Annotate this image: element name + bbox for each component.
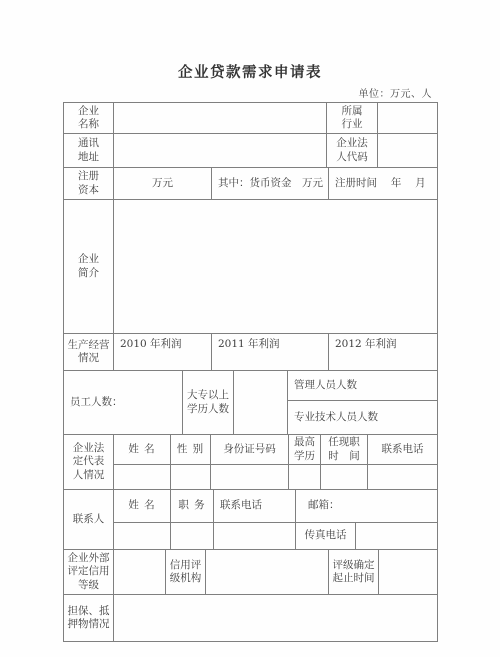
contact-header-subrow: 姓 名 职 务 联系电话 邮箱： — [114, 490, 437, 523]
capital-unit-cell: 万元 — [114, 168, 212, 199]
rep-gender-header: 性 别 — [171, 435, 211, 464]
profit-2011-cell: 2011 年利润 — [212, 334, 329, 370]
legal-rep-grid: 姓 名 性 别 身份证号码 最高 学历 任现职 时 间 联系电话 — [114, 435, 437, 489]
industry-label: 所属 行业 — [327, 103, 378, 133]
collateral-label: 担保、抵 押物情况 — [64, 595, 114, 641]
contact-phone-field — [214, 523, 296, 549]
managers-subrow: 管理人员人数 — [288, 371, 437, 401]
college-degree-field — [234, 371, 288, 434]
industry-field — [378, 103, 437, 133]
technicians-subrow: 专业技术人员人数 — [288, 401, 437, 434]
contact-email-cell: 邮箱： — [296, 490, 437, 522]
address-label: 通讯 地址 — [64, 134, 114, 167]
company-name-row: 企业 名称 所属 行业 — [64, 103, 437, 134]
legal-code-label: 企业法 人代码 — [327, 134, 378, 167]
profit-2010-cell: 2010 年利润 — [114, 334, 212, 370]
form-title: 企业贷款需求申请表 — [0, 61, 500, 82]
legal-rep-label: 企业法 定代表 人情况 — [64, 435, 114, 489]
contact-phone-header: 联系电话 — [214, 490, 296, 522]
collateral-row: 担保、抵 押物情况 — [64, 595, 437, 641]
legal-rep-value-subrow — [114, 465, 437, 489]
legal-code-field — [378, 134, 437, 167]
contact-label: 联系人 — [64, 490, 114, 549]
contact-value-subrow: 传真电话 — [114, 523, 437, 549]
contact-name-field — [114, 523, 171, 549]
profit-2012-cell: 2012 年利润 — [329, 334, 437, 370]
loan-application-form-page: 企业贷款需求申请表 单位：万元、人 企业 名称 所属 行业 通讯 地址 企业法 … — [0, 0, 500, 657]
address-field — [114, 134, 327, 167]
rep-id-field — [211, 465, 289, 489]
operation-row: 生产经营 情况 2010 年利润 2011 年利润 2012 年利润 — [64, 334, 437, 371]
collateral-field — [114, 595, 437, 641]
staff-count-label: 员工人数： — [64, 371, 183, 434]
capital-monetary-cell: 其中：货币资金 万元 — [212, 168, 329, 199]
managers-cell: 管理人员人数 — [288, 371, 437, 400]
rep-tenure-field — [321, 465, 368, 489]
capital-regtime-cell: 注册时间 年 月 — [329, 168, 437, 199]
rep-name-field — [114, 465, 171, 489]
personnel-stack: 管理人员人数 专业技术人员人数 — [288, 371, 437, 434]
credit-row: 企业外部 评定信用 等级 信用评 级机构 评级确定 起止时间 — [64, 550, 437, 595]
application-table: 企业 名称 所属 行业 通讯 地址 企业法 人代码 注册 资本 万元 其中：货币… — [63, 102, 438, 642]
credit-agency-field — [206, 550, 329, 594]
rep-phone-field — [368, 465, 437, 489]
credit-agency-label: 信用评 级机构 — [166, 550, 206, 594]
credit-label: 企业外部 评定信用 等级 — [64, 550, 114, 594]
rep-tenure-header: 任现职 时 间 — [321, 435, 368, 464]
capital-label: 注册 资本 — [64, 168, 114, 199]
college-degree-label: 大专以上 学历人数 — [183, 371, 234, 434]
fax-field — [356, 523, 437, 549]
staff-row: 员工人数： 大专以上 学历人数 管理人员人数 专业技术人员人数 — [64, 371, 437, 435]
contact-name-header: 姓 名 — [114, 490, 171, 522]
rep-id-header: 身份证号码 — [211, 435, 289, 464]
rep-phone-header: 联系电话 — [368, 435, 437, 464]
profile-field — [114, 200, 437, 333]
capital-row: 注册 资本 万元 其中：货币资金 万元 注册时间 年 月 — [64, 168, 437, 200]
credit-period-label: 评级确定 起止时间 — [329, 550, 379, 594]
rep-name-header: 姓 名 — [114, 435, 171, 464]
address-row: 通讯 地址 企业法 人代码 — [64, 134, 437, 168]
rep-gender-field — [171, 465, 211, 489]
legal-rep-row: 企业法 定代表 人情况 姓 名 性 别 身份证号码 最高 学历 任现职 时 间 … — [64, 435, 437, 490]
company-name-label: 企业 名称 — [64, 103, 114, 133]
credit-grade-field — [114, 550, 166, 594]
fax-label-cell: 传真电话 — [296, 523, 356, 549]
contact-grid: 姓 名 职 务 联系电话 邮箱： 传真电话 — [114, 490, 437, 549]
contact-row: 联系人 姓 名 职 务 联系电话 邮箱： 传真电话 — [64, 490, 437, 550]
profile-label: 企业 简介 — [64, 200, 114, 333]
operation-label: 生产经营 情况 — [64, 334, 114, 370]
rep-education-header: 最高 学历 — [289, 435, 321, 464]
contact-position-field — [171, 523, 214, 549]
legal-rep-header-subrow: 姓 名 性 别 身份证号码 最高 学历 任现职 时 间 联系电话 — [114, 435, 437, 465]
profile-row: 企业 简介 — [64, 200, 437, 334]
unit-note: 单位：万元、人 — [63, 85, 437, 100]
technicians-cell: 专业技术人员人数 — [288, 401, 437, 434]
company-name-field — [114, 103, 327, 133]
contact-position-header: 职 务 — [171, 490, 214, 522]
rep-education-field — [289, 465, 321, 489]
credit-period-field — [379, 550, 437, 594]
